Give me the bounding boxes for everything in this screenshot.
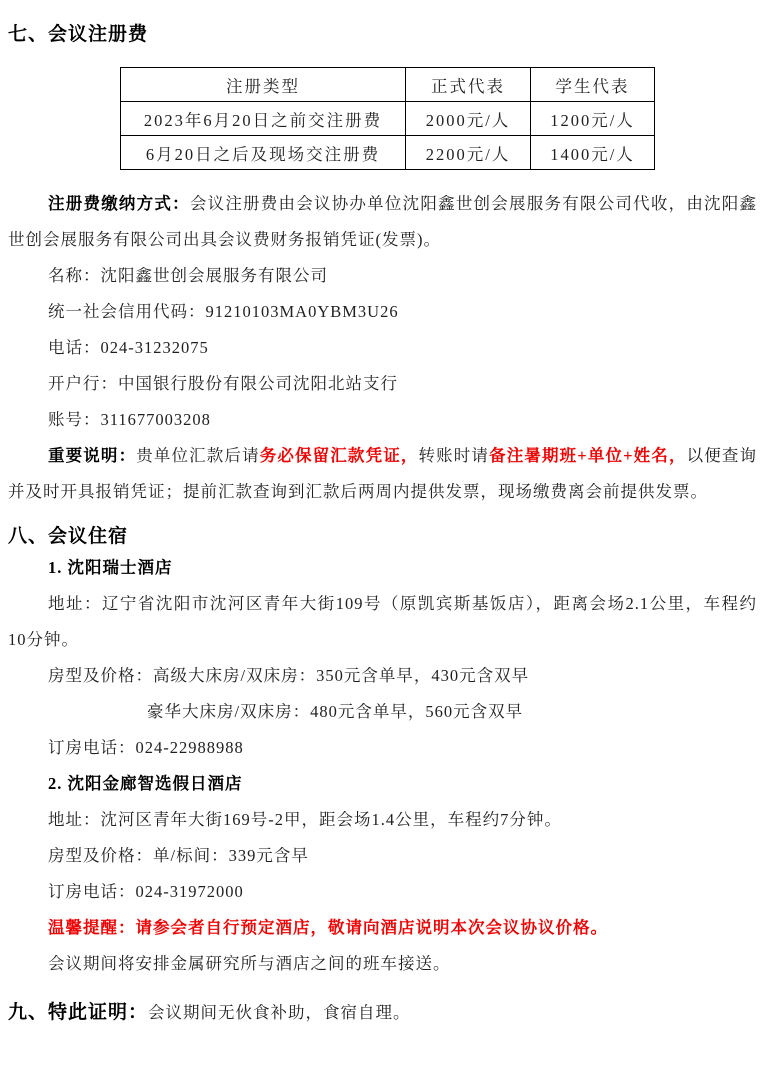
hotel1-room-price-line2: 豪华大床房/双床房：480元含单早，560元含双早	[8, 694, 757, 730]
table-cell-early-student-price: 1200元/人	[531, 102, 655, 136]
document-page: { "doc": { "colors": { "emphasis_red": "…	[0, 0, 765, 1067]
table-row: 2023年6月20日之前交注册费 2000元/人 1200元/人	[121, 102, 655, 136]
table-row: 6月20日之后及现场交注册费 2200元/人 1400元/人	[121, 136, 655, 170]
credit-code-line: 统一社会信用代码：91210103MA0YBM3U26	[8, 294, 757, 330]
registration-fee-table: 注册类型 正式代表 学生代表 2023年6月20日之前交注册费 2000元/人 …	[120, 67, 655, 170]
section-heading-registration-fee: 七、会议注册费	[8, 22, 757, 48]
section-heading-accommodation: 八、会议住宿	[8, 524, 757, 550]
certification-text: 会议期间无伙食补助，食宿自理。	[148, 1003, 411, 1022]
shuttle-line: 会议期间将安排金属研究所与酒店之间的班车接送。	[8, 946, 757, 982]
hotel2-room-price-line: 房型及价格：单/标间：339元含早	[8, 838, 757, 874]
phone-line: 电话：024-31232075	[8, 330, 757, 366]
important-note-red-keep-receipt: 务必保留汇款凭证，	[260, 446, 419, 465]
important-note-seg2: 转账时请	[419, 446, 490, 465]
payment-method-label: 注册费缴纳方式：	[48, 194, 190, 213]
hotel1-name-line: 1. 沈阳瑞士酒店	[8, 550, 757, 586]
reminder-line: 温馨提醒：请参会者自行预定酒店，敬请向酒店说明本次会议协议价格。	[8, 910, 757, 946]
table-header-row: 注册类型 正式代表 学生代表	[121, 68, 655, 102]
hotel2-name-line: 2. 沈阳金廊智选假日酒店	[8, 766, 757, 802]
table-header-student-delegate: 学生代表	[531, 68, 655, 102]
table-header-registration-type: 注册类型	[121, 68, 406, 102]
important-note-red-transfer-memo: 备注暑期班+单位+姓名，	[489, 446, 687, 465]
table-cell-late-full-price: 2200元/人	[406, 136, 531, 170]
important-note-paragraph: 重要说明：贵单位汇款后请务必保留汇款凭证，转账时请备注暑期班+单位+姓名，以便查…	[8, 438, 757, 510]
hotel2-booking-phone-line: 订房电话：024-31972000	[8, 874, 757, 910]
bank-branch-line: 开户行：中国银行股份有限公司沈阳北站支行	[8, 366, 757, 402]
section-certification-line: 九、特此证明：会议期间无伙食补助，食宿自理。	[8, 998, 757, 1028]
table-cell-late-student-price: 1400元/人	[531, 136, 655, 170]
payment-method-paragraph: 注册费缴纳方式：会议注册费由会议协办单位沈阳鑫世创会展服务有限公司代收，由沈阳鑫…	[8, 186, 757, 258]
table-header-full-delegate: 正式代表	[406, 68, 531, 102]
account-number-line: 账号：311677003208	[8, 402, 757, 438]
certification-label: 九、特此证明：	[8, 1002, 148, 1023]
important-note-seg1: 贵单位汇款后请	[136, 446, 260, 465]
hotel1-address-line: 地址：辽宁省沈阳市沈河区青年大街109号（原凯宾斯基饭店），距离会场2.1公里，…	[8, 586, 757, 658]
table-cell-early-full-price: 2000元/人	[406, 102, 531, 136]
hotel1-booking-phone-line: 订房电话：024-22988988	[8, 730, 757, 766]
hotel1-room-price-line: 房型及价格：高级大床房/双床房：350元含单早，430元含双早	[8, 658, 757, 694]
important-note-label: 重要说明：	[48, 446, 136, 465]
table-cell-late-type: 6月20日之后及现场交注册费	[121, 136, 406, 170]
hotel2-address-line: 地址：沈河区青年大街169号-2甲，距会场1.4公里，车程约7分钟。	[8, 802, 757, 838]
table-cell-early-type: 2023年6月20日之前交注册费	[121, 102, 406, 136]
bank-name-line: 名称：沈阳鑫世创会展服务有限公司	[8, 258, 757, 294]
